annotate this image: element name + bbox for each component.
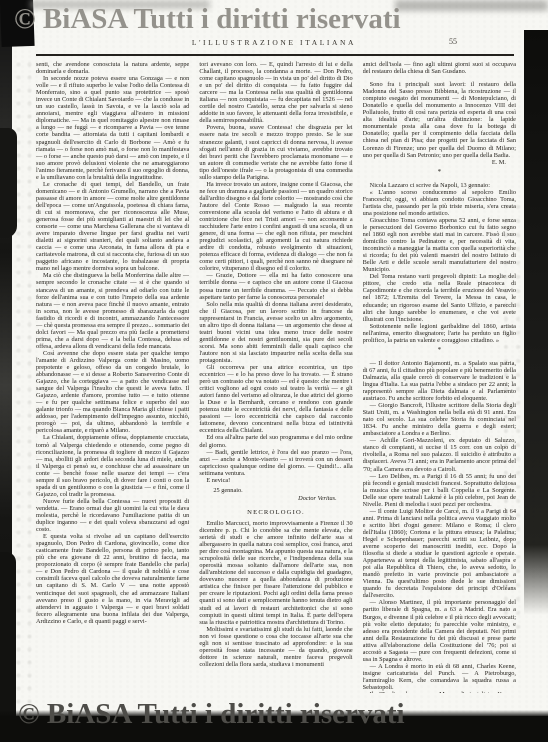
paragraph: — Achille Gori-Mazzoleni, ex deputato di…: [363, 437, 516, 472]
paragraph: amici dell'isola — fino agli ultimi gior…: [363, 61, 516, 75]
paragraph: — Il conte Luigi Molitor de Carcé, m. il…: [363, 508, 516, 600]
paragraph: Moltissimi e svariatissimi gli studi da …: [199, 626, 352, 668]
paragraph: Gioacchino Toma contava appena 52 anni, …: [363, 217, 516, 273]
paragraph: Sottotenente nelle legioni garibaldine d…: [363, 323, 516, 344]
watermark-bottom: © BiASA Tutti i diritti riservati: [18, 698, 405, 731]
paragraph: Del Toma restano varii pregevoli dipinti…: [363, 273, 516, 322]
paragraph: senti, che avendone conosciuta la natura…: [36, 61, 189, 75]
paragraph: E questa volta si rivolse ad un capitano…: [36, 533, 189, 625]
paragraph: Così avvenne che dopo essere stata per q…: [36, 350, 189, 435]
paragraph: La Chialant, doppiamente offesa, doppiam…: [36, 434, 189, 497]
paragraph: — Leo Delibes, m. a Parigi il 16 di 55 a…: [363, 473, 516, 508]
paragraph: Gli occorreva per una attrice eccentrica…: [199, 364, 352, 434]
paragraph: Solo nella mia qualità di donna italiana…: [199, 301, 352, 364]
paragraph: — Il dottor Antonio Bajamonti, m. a Spal…: [363, 360, 516, 402]
paragraph: Ma ciò che distingueva la bella Monferri…: [36, 272, 189, 350]
paragraph: Povera, buona, soave Contessa! che disgr…: [199, 124, 352, 180]
text-column-2: tori avevano con loro. — E, quindi l'arr…: [199, 61, 352, 693]
paragraph: — A Londra è morto in età di 68 anni, Ch…: [363, 663, 516, 691]
page-number: 55: [449, 37, 457, 46]
paragraph: — Badi, gentile lettrice, è l'ora del su…: [199, 449, 352, 477]
paragraph: « L'anno scorso conducemmo al sepolcro E…: [363, 189, 516, 217]
paragraph: Nicola Lazzaro ci scrive da Napoli, 13 g…: [363, 182, 516, 189]
dateline: 25 gennaio.: [199, 487, 352, 494]
paragraph: Ed ora all'altra parte del suo programma…: [199, 434, 352, 448]
paragraph: Il 25 dicembre m. a Mosca l'orientalista…: [363, 691, 516, 693]
paragraph: Emilio Marcucci, morto improvvisamente a…: [199, 520, 352, 626]
article-columns: senti, che avendone conosciuta la natura…: [36, 61, 516, 693]
paragraph: Ha invece trovato un autore, insigne com…: [199, 181, 352, 273]
section-heading: NECROLOGIO.: [199, 509, 352, 516]
right-scan-edge: [524, 30, 548, 615]
signature: E. M.: [363, 159, 516, 166]
paragraph: Nuove furie della bella Contessa — nuovi…: [36, 498, 189, 533]
paragraph: Sono fra i principali suoi lavori: il re…: [363, 81, 516, 159]
signature: Doctor Veritas.: [199, 495, 352, 502]
section-separator: *: [363, 169, 516, 176]
paragraph: — Alonso Martinez, il più importante per…: [363, 599, 516, 662]
journal-title: L'ILLUSTRAZIONE ITALIANA: [0, 38, 548, 47]
text-column-1: senti, che avendone conosciuta la natura…: [36, 61, 189, 693]
paragraph: — Grazie, Dottore — ella mi ha fatto con…: [199, 272, 352, 300]
paragraph: Le cronache di quei tempi, del Bandello,…: [36, 181, 189, 273]
paragraph: tori avevano con loro. — E, quindi l'arr…: [199, 61, 352, 124]
paragraph: E nevica!: [199, 477, 352, 484]
text-column-3: amici dell'isola — fino agli ultimi gior…: [363, 61, 516, 693]
top-edge-smear: [395, 0, 548, 11]
header-rule: [36, 54, 514, 56]
paragraph: In seconde nozze poteva essere una Gonza…: [36, 75, 189, 181]
paragraph: — Giorgio Bancroft, l'illustre scrittore…: [363, 402, 516, 437]
scanned-page: © BiASA Tutti i diritti riservati © BiAS…: [0, 0, 548, 742]
section-separator: *: [363, 347, 516, 354]
watermark-top: © BiASA Tutti i diritti riservati: [14, 3, 401, 36]
left-scan-blob: [0, 128, 17, 238]
